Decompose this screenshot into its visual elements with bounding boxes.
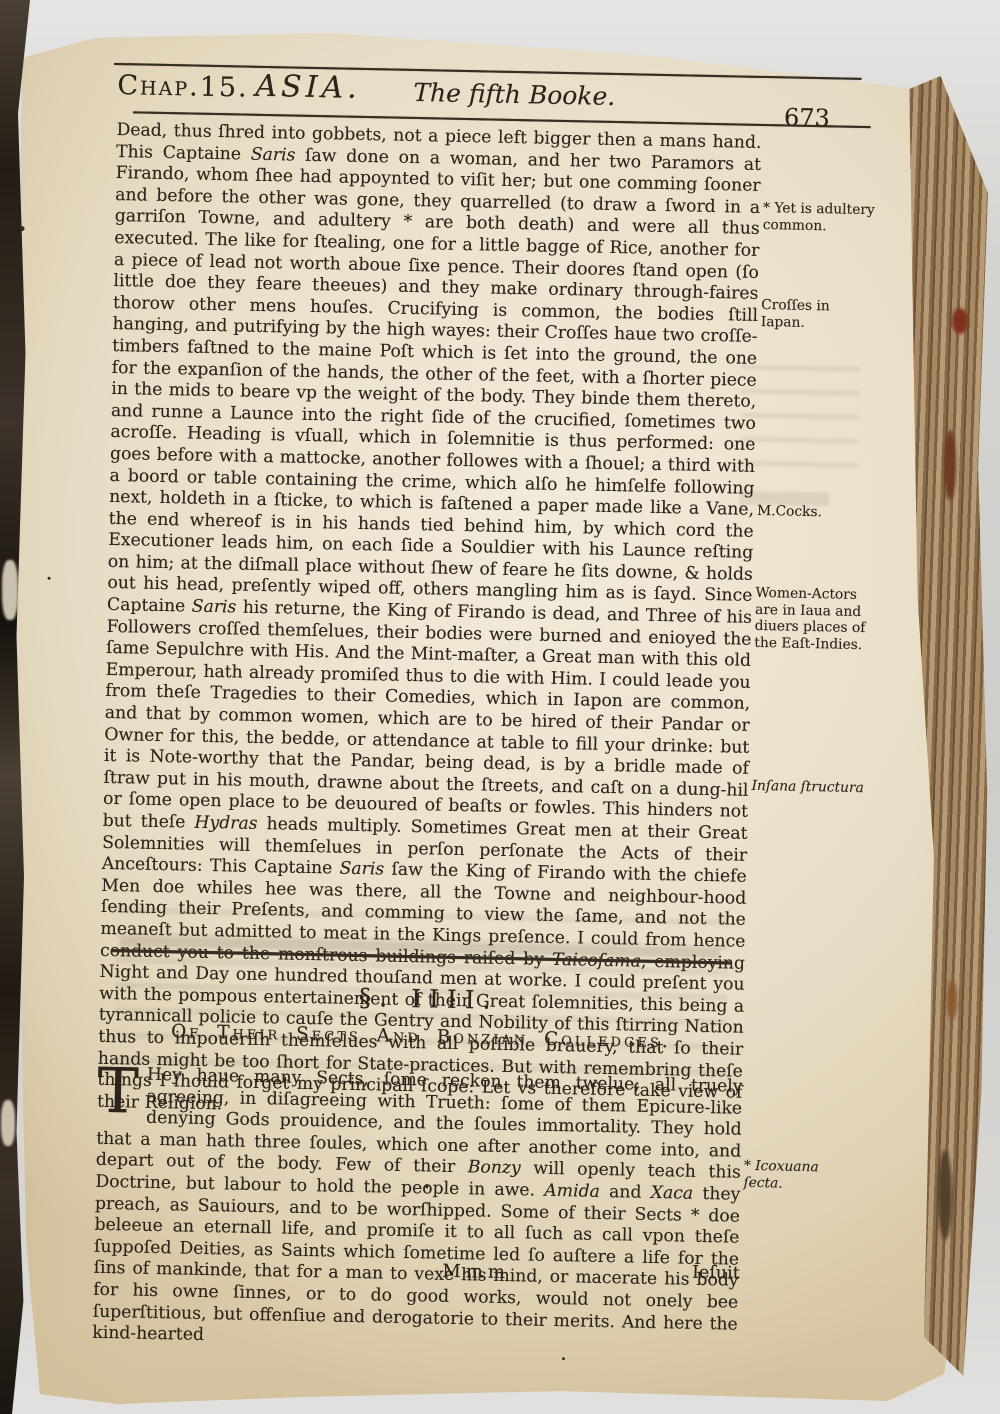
paragraph-2-text: Hey haue many Sects, ſome reckon them tw…: [92, 1065, 742, 1345]
body-paragraph-2: THey haue many Sects, ſome reckon them t…: [92, 1064, 743, 1358]
drop-cap-initial: T: [97, 1064, 147, 1115]
fore-edge-stain: [944, 430, 956, 500]
margin-note-insana-structura: Inſana ſtructura: [751, 778, 881, 797]
printed-page-content: Chap.15. ASIA. The fifth Booke. 673 Dead…: [92, 58, 898, 1393]
ink-fleck: [20, 226, 25, 231]
page-number: 673: [767, 103, 848, 133]
italic-term: Saris: [251, 144, 296, 165]
margin-note-women-actors: Women-Actors are in Iaua and diuers plac…: [754, 585, 869, 654]
region-label: ASIA.: [255, 69, 361, 106]
verso-showthrough: [740, 353, 860, 475]
text-segment: ſaw done on a woman, and her two Paramor…: [107, 145, 761, 616]
italic-term: Saris: [192, 597, 237, 618]
italic-term: Saris: [339, 859, 384, 880]
chapter-label: Chap.15.: [117, 70, 249, 104]
photo-backdrop: Chap.15. ASIA. The fifth Booke. 673 Dead…: [0, 0, 1000, 1414]
fore-edge-stain: [938, 1150, 952, 1240]
margin-note-icoxuana-secta: * Icoxuana ſecta.: [743, 1158, 858, 1193]
margin-note-cocks: M.Cocks.: [757, 503, 871, 522]
ink-fleck: [48, 577, 51, 580]
italic-term: Xaca: [651, 1183, 694, 1204]
fore-edge-stain: [952, 308, 968, 334]
fore-edge-stain: [947, 980, 957, 1020]
italic-term: Hydras: [194, 813, 257, 834]
body-paragraph-1: Dead, thus ſhred into gobbets, not a pie…: [97, 120, 762, 1126]
ink-fleck: [562, 1357, 565, 1360]
book-title-label: The fifth Booke.: [413, 78, 615, 111]
ink-fleck: [425, 1184, 428, 1188]
binding-gap: [1, 1100, 15, 1146]
text-segment: his returne, the King of Firando is dead…: [102, 598, 752, 833]
italic-term: Bonzy: [468, 1158, 521, 1179]
italic-term: Amida: [544, 1181, 600, 1202]
margin-note-crosses: Croſſes in Iapan.: [761, 297, 876, 332]
text-segment: and: [600, 1182, 651, 1203]
margin-note-adultery: * Yet is adultery common.: [763, 200, 878, 235]
binding-gap: [2, 560, 18, 620]
catchword: Ieſuit: [634, 1262, 740, 1284]
